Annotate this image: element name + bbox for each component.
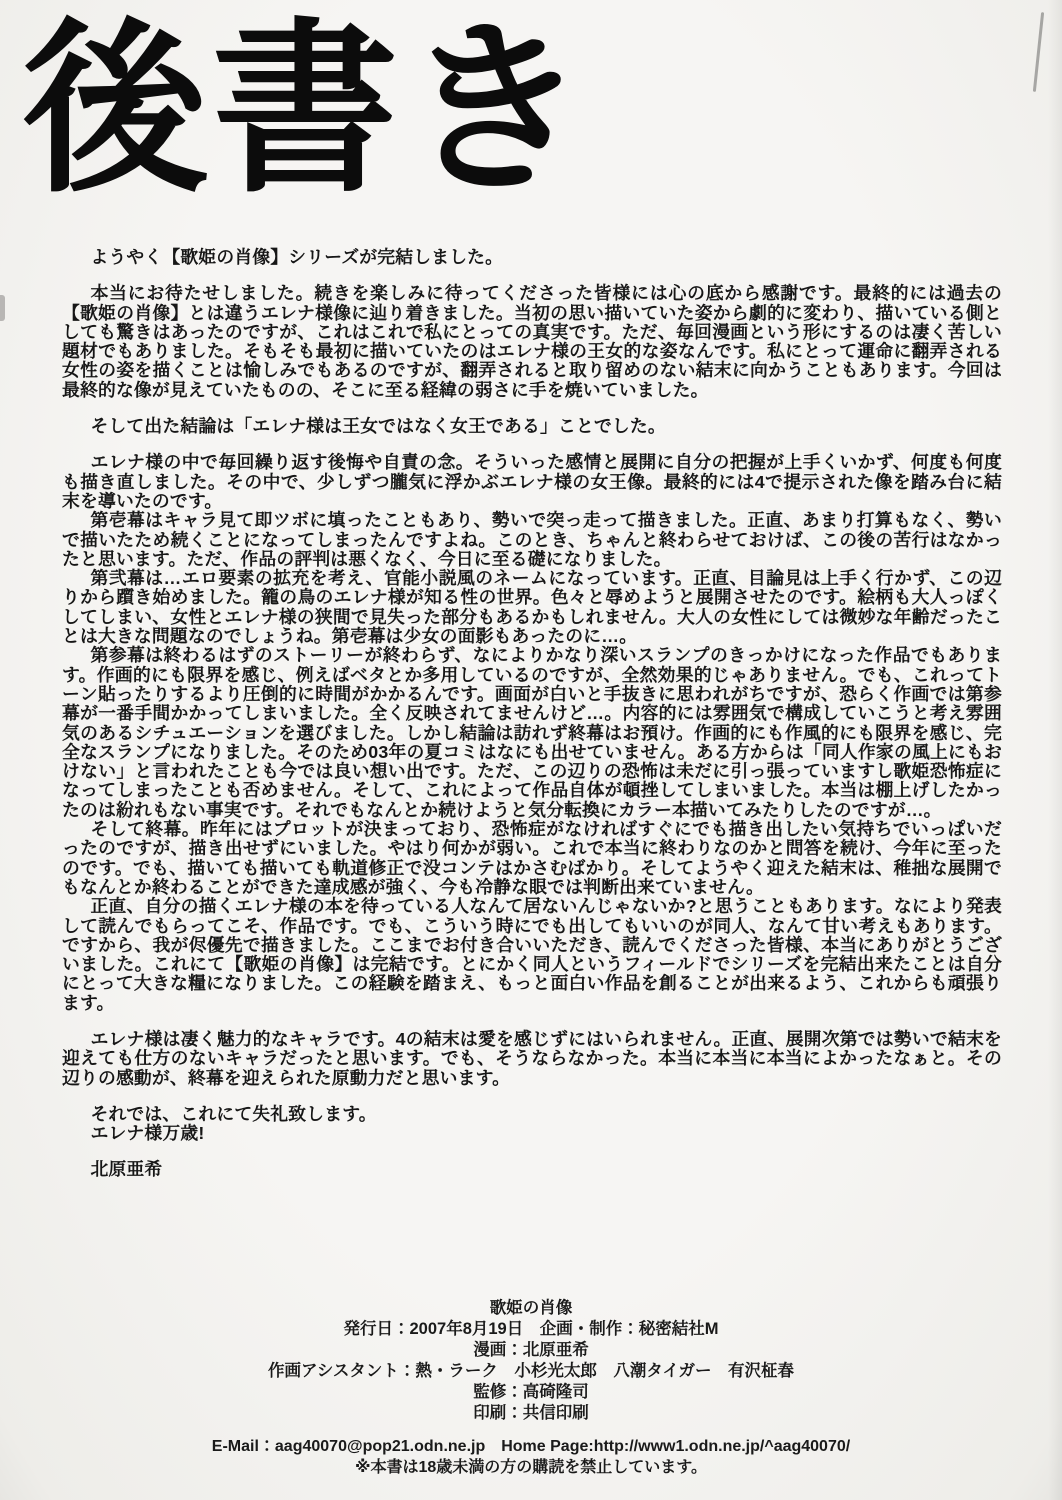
body-paragraph: そして終幕。昨年にはプロットが決まっており、恐怖症がなければすぐにでも描き出した… xyxy=(62,820,1002,897)
body-paragraph: エレナ様の中で毎回繰り返す後悔や自責の念。そういった感情と展開に自分の把握が上手… xyxy=(62,453,1002,511)
body-paragraph: ようやく【歌姫の肖像】シリーズが完結しました。 xyxy=(62,248,1002,267)
body-paragraph: そして出た結論は「エレナ様は王女ではなく女王である」ことでした。 xyxy=(62,417,1002,436)
page-title: 後書き xyxy=(22,14,1062,210)
body-paragraph: 北原亜希 xyxy=(62,1160,1002,1179)
scan-artifact-left-mark xyxy=(0,295,5,321)
colophon: 歌姫の肖像 発行日：2007年8月19日 企画・制作：秘密結社M 漫画：北原亜希… xyxy=(0,1298,1062,1424)
scanned-afterword-page: 後書き ようやく【歌姫の肖像】シリーズが完結しました。 本当にお待たせしました。… xyxy=(0,0,1062,1500)
footer-warning: ※本書は18歳未満の方の購読を禁止しています。 xyxy=(0,1457,1062,1478)
colophon-line: 監修：高碕隆司 xyxy=(0,1382,1062,1403)
colophon-line: 発行日：2007年8月19日 企画・制作：秘密結社M xyxy=(0,1319,1062,1340)
body-paragraph: それでは、これにて失礼致します。 xyxy=(62,1105,1002,1124)
body-paragraph: 第壱幕はキャラ見て即ツボに填ったこともあり、勢いで突っ走って描きました。正直、あ… xyxy=(62,511,1002,569)
bottom-block: 歌姫の肖像 発行日：2007年8月19日 企画・制作：秘密結社M 漫画：北原亜希… xyxy=(0,1298,1062,1478)
colophon-line: 印刷：共信印刷 xyxy=(0,1403,1062,1424)
footer: E-Mail：aag40070@pop21.odn.ne.jp Home Pag… xyxy=(0,1436,1062,1478)
body-paragraph: エレナ様は凄く魅力的なキャラです。4の結末は愛を感じずにはいられません。正直、展… xyxy=(62,1030,1002,1088)
body-paragraph: 正直、自分の描くエレナ様の本を待っている人なんて居ないんじゃないか?と思うことも… xyxy=(62,897,1002,1013)
colophon-line: 作画アシスタント：熱・ラーク 小杉光太郎 八潮タイガー 有沢柾春 xyxy=(0,1361,1062,1382)
footer-contact: E-Mail：aag40070@pop21.odn.ne.jp Home Pag… xyxy=(0,1436,1062,1457)
body-paragraph: エレナ様万歳! xyxy=(62,1124,1002,1143)
afterword-body: ようやく【歌姫の肖像】シリーズが完結しました。 本当にお待たせしました。続きを楽… xyxy=(62,248,1002,1180)
colophon-line: 歌姫の肖像 xyxy=(0,1298,1062,1319)
colophon-line: 漫画：北原亜希 xyxy=(0,1340,1062,1361)
body-paragraph: 第参幕は終わるはずのストーリーが終わらず、なによりかなり深いスランプのきっかけに… xyxy=(62,646,1002,820)
scan-artifact-right-edge xyxy=(1048,0,1062,1500)
body-paragraph: 第弐幕は…エロ要素の拡充を考え、官能小説風のネームになっています。正直、目論見は… xyxy=(62,569,1002,646)
body-paragraph: 本当にお待たせしました。続きを楽しみに待ってくださった皆様には心の底から感謝です… xyxy=(62,284,1002,400)
